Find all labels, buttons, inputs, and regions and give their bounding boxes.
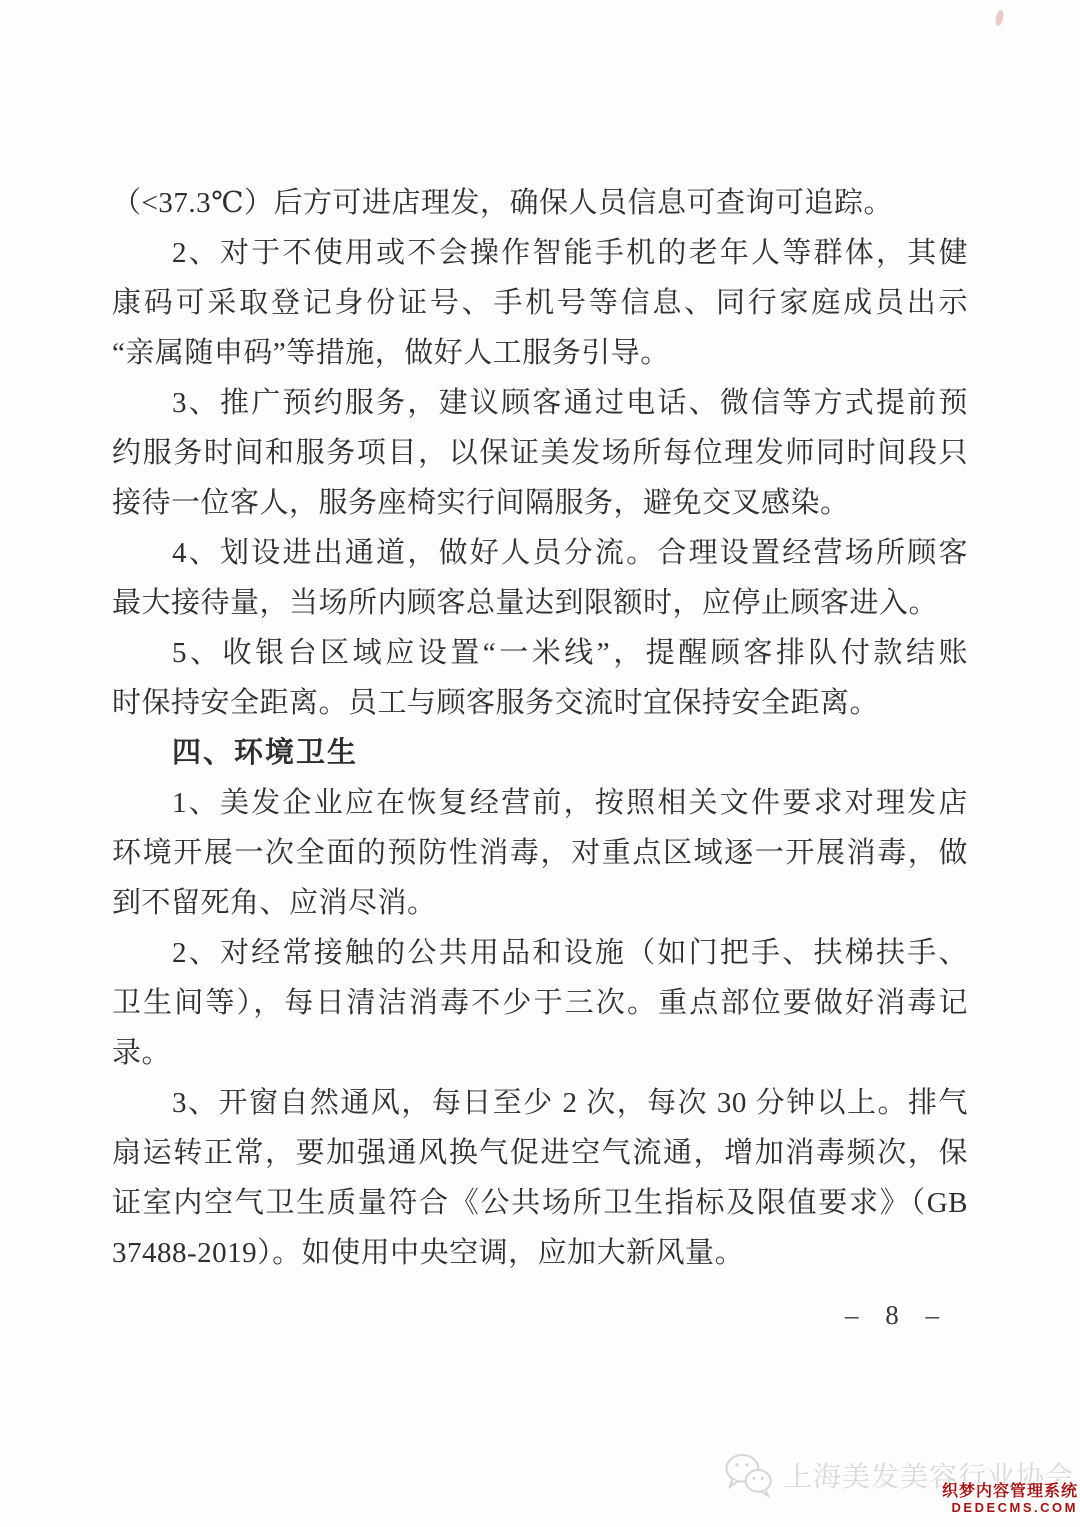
text-line: 录。 bbox=[112, 1028, 968, 1078]
text-line: 证室内空气卫生质量符合《公共场所卫生指标及限值要求》（GB bbox=[112, 1178, 968, 1228]
text-line: 到不留死角、应消尽消。 bbox=[112, 878, 968, 928]
wechat-icon bbox=[724, 1452, 774, 1498]
text-line: 2、对经常接触的公共用品和设施（如门把手、扶梯扶手、 bbox=[112, 928, 968, 978]
document-text: （<37.3℃）后方可进店理发，确保人员信息可查询可追踪。 2、对于不使用或不会… bbox=[112, 178, 968, 1278]
text-line: 4、划设进出通道，做好人员分流。合理设置经营场所顾客 bbox=[112, 528, 968, 578]
text-line: 环境开展一次全面的预防性消毒，对重点区域逐一开展消毒，做 bbox=[112, 828, 968, 878]
text-line: 卫生间等），每日清洁消毒不少于三次。重点部位要做好消毒记 bbox=[112, 978, 968, 1028]
cms-stamp-domain: DEDECMS.COM bbox=[942, 1501, 1078, 1515]
text-line: 康码可采取登记身份证号、手机号等信息、同行家庭成员出示 bbox=[112, 278, 968, 328]
text-line: 时保持安全距离。员工与顾客服务交流时宜保持安全距离。 bbox=[112, 678, 968, 728]
cms-stamp: 织梦内容管理系统 DEDECMS.COM bbox=[942, 1483, 1078, 1515]
text-line: 最大接待量，当场所内顾客总量达到限额时，应停止顾客进入。 bbox=[112, 578, 968, 628]
text-line: 1、美发企业应在恢复经营前，按照相关文件要求对理发店 bbox=[112, 778, 968, 828]
text-line: （<37.3℃）后方可进店理发，确保人员信息可查询可追踪。 bbox=[112, 178, 968, 228]
text-line: 5、收银台区域应设置“一米线”，提醒顾客排队付款结账 bbox=[112, 628, 968, 678]
page-number: – 8 – bbox=[845, 1300, 949, 1331]
document-page: （<37.3℃）后方可进店理发，确保人员信息可查询可追踪。 2、对于不使用或不会… bbox=[0, 0, 1080, 1527]
text-line: 2、对于不使用或不会操作智能手机的老年人等群体，其健 bbox=[112, 228, 968, 278]
text-line: 扇运转正常，要加强通风换气促进空气流通，增加消毒频次，保 bbox=[112, 1128, 968, 1178]
text-line: 3、推广预约服务，建议顾客通过电话、微信等方式提前预 bbox=[112, 378, 968, 428]
text-line: 接待一位客人，服务座椅实行间隔服务，避免交叉感染。 bbox=[112, 478, 968, 528]
text-line: “亲属随申码”等措施，做好人工服务引导。 bbox=[112, 328, 968, 378]
text-line: 3、开窗自然通风，每日至少 2 次，每次 30 分钟以上。排气 bbox=[112, 1078, 968, 1128]
cms-stamp-chinese: 织梦内容管理系统 bbox=[942, 1483, 1078, 1501]
section-heading: 四、环境卫生 bbox=[112, 728, 968, 778]
text-line: 37488-2019）。如使用中央空调，应加大新风量。 bbox=[112, 1228, 968, 1278]
scan-artifact bbox=[994, 9, 1004, 26]
text-line: 约服务时间和服务项目，以保证美发场所每位理发师同时间段只 bbox=[112, 428, 968, 478]
